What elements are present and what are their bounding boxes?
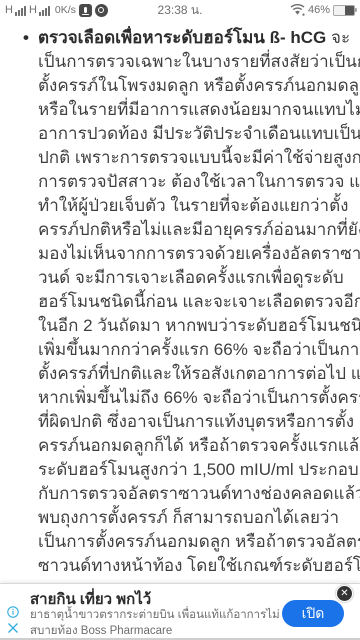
article-line: ฮอร์โมนชนิดนี้ก่อน และจะเจาะเลือดตรวจอีก… xyxy=(38,290,350,314)
article-line: ระดับฮอร์โมนสูงกว่า 1,500 mIU/ml ประกอบ xyxy=(38,458,350,482)
ad-banner[interactable]: สายกิน เที่ยว พกไว้ ยาธาตุน้ำขาวตรากระต่… xyxy=(0,583,360,640)
article-line: วนด์ จะมีการเจาะเลือดครั้งแรกเพื่อดูระดั… xyxy=(38,266,350,290)
article-line: การตรวจปัสสาวะ ต้องใช้เวลาในการตรวจ และ xyxy=(38,170,350,194)
article-line-first: ตรวจเลือดเพื่อหาระดับฮอร์โมน ß- hCG จะ xyxy=(38,26,350,50)
article-line: ปกติ เพราะการตรวจแบบนี้จะมีค่าใช้จ่ายสูง… xyxy=(38,146,350,170)
article-lead-bold: ตรวจเลือดเพื่อหาระดับฮอร์โมน ß- hCG xyxy=(38,28,326,47)
article-line: พบถุงการตั้งครรภ์ ก็สามารถบอกได้เลยว่า xyxy=(38,506,350,530)
sim1-signal: H xyxy=(5,4,26,16)
wifi-icon xyxy=(290,4,305,16)
article-line: เพิ่มขึ้นมากกว่าครั้งแรก 66% จะถือว่าเป็… xyxy=(38,338,350,362)
article-line: มองไม่เห็นจากการตรวจด้วยเครื่องอัลตราซา xyxy=(38,242,350,266)
article-line: อาการปวดท้อง มีประวัติประจำเดือนแทบเป็น xyxy=(38,122,350,146)
article-line: ในอีก 2 วันถัดมา หากพบว่าระดับฮอร์โมนชนิ… xyxy=(38,314,350,338)
article-body: • ตรวจเลือดเพื่อหาระดับฮอร์โมน ß- hCG จะ… xyxy=(0,26,360,640)
battery-icon xyxy=(333,5,355,16)
article-line: ทำให้ผู้ป่วยเจ็บตัว ในรายที่จะต้องแยกว่า… xyxy=(38,194,350,218)
mic-notification-icon xyxy=(79,4,92,17)
signal-bars-icon xyxy=(39,6,50,16)
article-lines: เป็นการตรวจเฉพาะในบางรายที่สงสัยว่าเป็นก… xyxy=(38,50,350,578)
article-line: หรือในรายที่มีอาการแสดงน้อยมากจนแทบไม่มี xyxy=(38,98,350,122)
bullet-paragraph: • ตรวจเลือดเพื่อหาระดับฮอร์โมน ß- hCG จะ… xyxy=(0,26,360,578)
article-line: ตั้งครรภ์ในโพรงมดลูก หรือตั้งครรภ์นอกมดล… xyxy=(38,74,350,98)
status-bar: H H 0K/s 23:38 น. 46% xyxy=(0,0,360,20)
article-lead-rest: จะ xyxy=(326,28,350,47)
article-line: ตั้งครรภ์ที่ปกติและให้รอสังเกตอาการต่อไป… xyxy=(38,362,350,386)
phone-screen: H H 0K/s 23:38 น. 46% xyxy=(0,0,360,640)
article-line: เป็นการตั้งครรภ์นอกมดลูก หรือถ้าตรวจอัลต… xyxy=(38,530,350,554)
article-line: ที่ผิดปกติ ซึ่งอาจเป็นการแท้งบุตรหรือการ… xyxy=(38,410,350,434)
ad-close-button[interactable]: ✕ xyxy=(336,585,353,602)
app-notification-icon xyxy=(95,4,108,17)
sim1-network-type: H xyxy=(5,4,13,16)
bullet-marker: • xyxy=(23,26,29,50)
article-line: ครรภ์ปกติหรือไม่และมีอายุครรภ์อ่อนมากที่… xyxy=(38,218,350,242)
battery-percent: 46% xyxy=(308,4,330,16)
article-line: ครรภ์นอกมดลูกก็ได้ หรือถ้าตรวจครั้งแรกแล… xyxy=(38,434,350,458)
status-bar-right: 46% xyxy=(290,4,355,16)
article-line: เป็นการตรวจเฉพาะในบางรายที่สงสัยว่าเป็นก… xyxy=(38,50,350,74)
ad-dismiss-x-icon[interactable] xyxy=(7,622,19,634)
article-line: หากเพิ่มขึ้นไม่ถึง 66% จะถือว่าเป็นการตั… xyxy=(38,386,350,410)
status-bar-left: H H 0K/s xyxy=(5,4,108,17)
ad-info-icon[interactable] xyxy=(7,606,19,618)
ad-open-button[interactable]: เปิด xyxy=(282,600,344,627)
sim2-network-type: H xyxy=(29,4,37,16)
sim2-signal: H xyxy=(29,4,50,16)
network-speed: 0K/s xyxy=(55,4,76,16)
article-line: ซาวนด์ทางหน้าท้อง โดยใช้เกณฑ์ระดับฮอร์โม… xyxy=(38,554,350,578)
ad-description-line2: สบายท้อง Boss Pharmacare xyxy=(30,622,172,640)
article-line: กับการตรวจอัลตราซาวนด์ทางช่องคลอดแล้วไม่ xyxy=(38,482,350,506)
signal-bars-icon xyxy=(15,6,26,16)
